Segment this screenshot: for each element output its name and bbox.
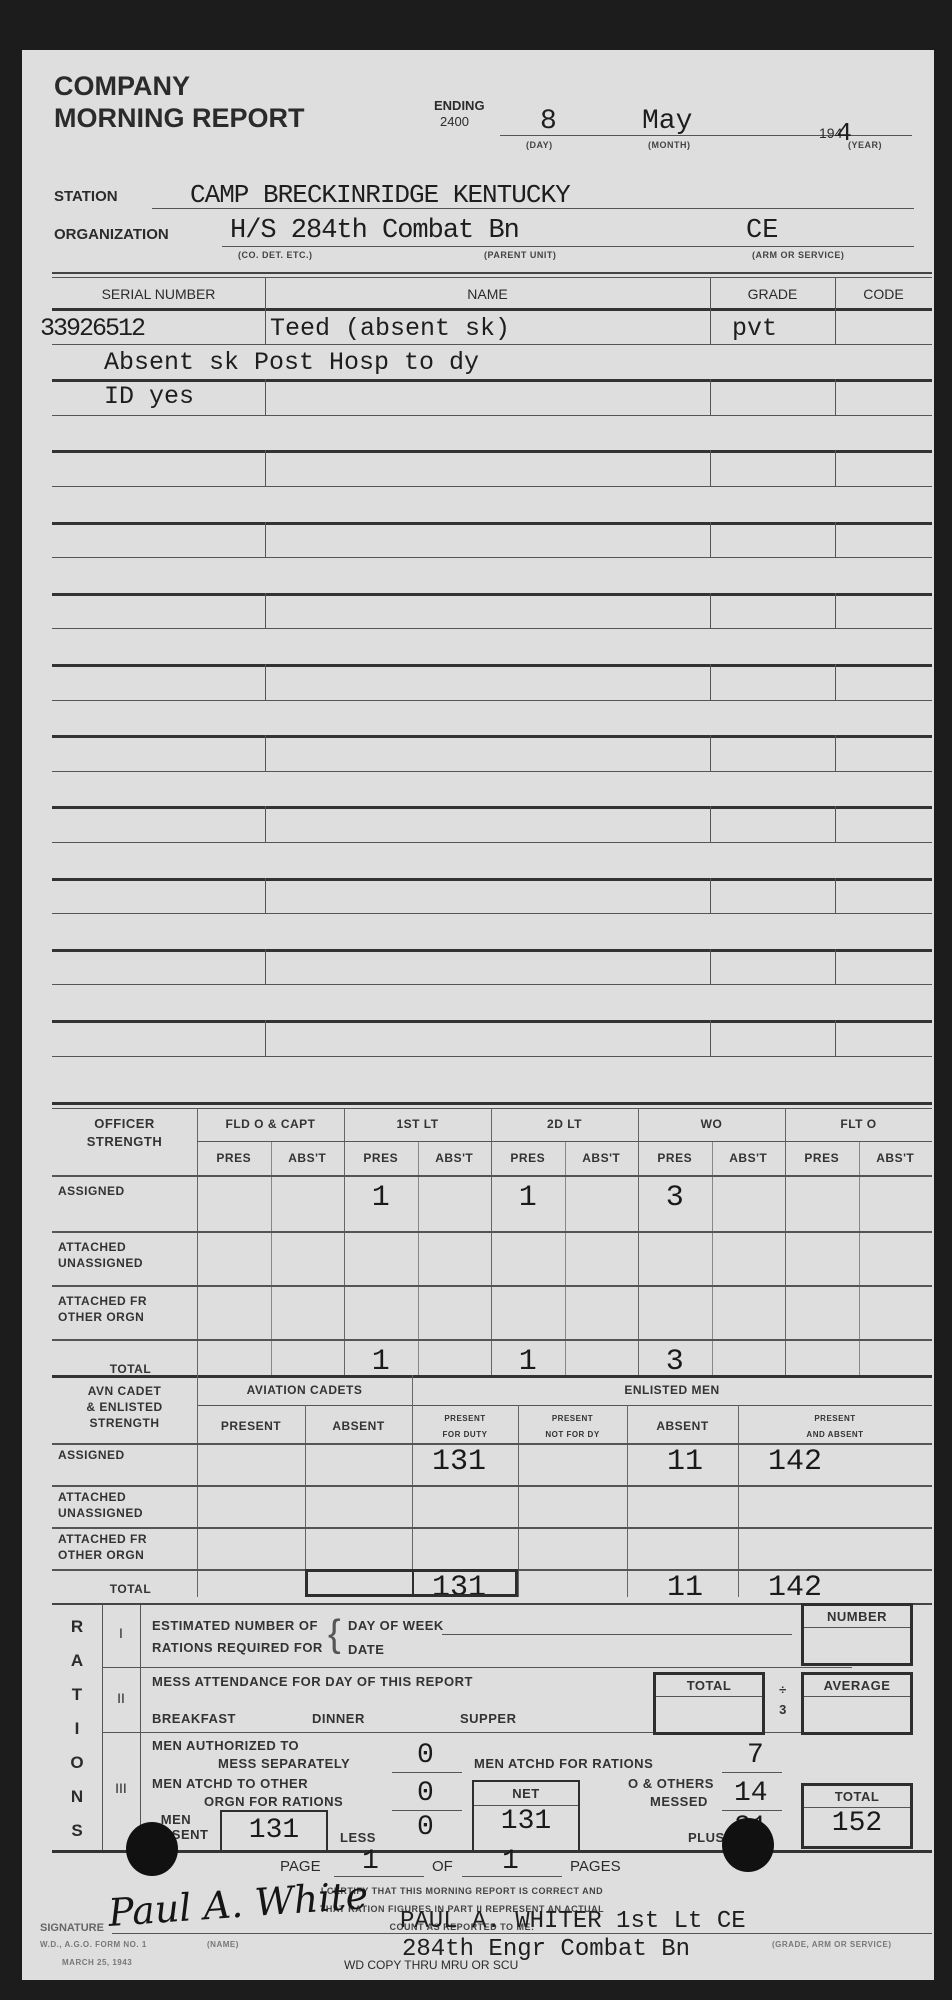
group-divider — [197, 1109, 198, 1375]
rations-letter: I — [52, 1712, 102, 1746]
atchd-other-underline — [392, 1810, 462, 1811]
breakfast-label: BREAKFAST — [152, 1711, 236, 1726]
header-name: NAME — [265, 286, 710, 302]
entry-grade: pvt — [732, 314, 777, 343]
enlisted-value: 11 — [667, 1571, 703, 1605]
ending-label: ENDING 2400 — [434, 98, 485, 130]
row-rule — [52, 949, 932, 952]
total-rations-box: TOTAL 152 — [801, 1783, 913, 1849]
officer-group-header: 1ST LT — [344, 1117, 491, 1131]
row-col-divider — [265, 379, 266, 415]
average-box: AVERAGE — [801, 1672, 913, 1735]
row-col-divider — [710, 1020, 711, 1056]
rations-top-rule — [52, 1603, 932, 1605]
atchd-other-value: 0 — [417, 1778, 434, 1809]
enlisted-strength-title: AVN CADET& ENLISTEDSTRENGTH — [52, 1383, 197, 1431]
name-label: (NAME) — [207, 1940, 239, 1949]
row-rule — [52, 806, 932, 809]
row-col-divider — [835, 949, 836, 985]
row-rule — [52, 735, 932, 738]
row-col-divider — [710, 308, 711, 344]
station-value: CAMP BRECKINRIDGE KENTUCKY — [190, 180, 570, 210]
brace: { — [328, 1614, 341, 1654]
number-box: NUMBER — [801, 1603, 913, 1666]
row-rule — [52, 984, 932, 985]
row-rule — [52, 1056, 932, 1057]
row-col-divider — [265, 1020, 266, 1056]
officer-value: 1 — [491, 1345, 565, 1379]
orgn-for-rations-label: ORGN FOR RATIONS — [204, 1794, 343, 1809]
officer-strength-table: OFFICERSTRENGTHFLD O & CAPTPRESABS'T1ST … — [52, 1109, 932, 1375]
officer-value: 3 — [638, 1181, 712, 1215]
men-authorized-label: MEN AUTHORIZED TO — [152, 1738, 299, 1753]
rule — [52, 1527, 932, 1529]
header-grade: GRADE — [710, 286, 835, 302]
header-code: CODE — [835, 286, 932, 302]
enlisted-value: 142 — [768, 1445, 822, 1479]
row-col-divider — [710, 379, 711, 415]
form-number: W.D., A.G.O. FORM NO. 1 — [40, 1940, 147, 1949]
organization-underline — [222, 246, 914, 247]
row-col-divider — [265, 735, 266, 771]
average-label: AVERAGE — [804, 1675, 910, 1697]
row-col-divider — [835, 450, 836, 486]
officer-sub-header: PRES — [638, 1151, 712, 1165]
row-rule — [52, 842, 932, 843]
enlisted-strength-table: AVN CADET& ENLISTEDSTRENGTHAVIATION CADE… — [52, 1375, 932, 1597]
less-value: 0 — [417, 1812, 434, 1843]
enlisted-col-header: PRESENTAND ABSENT — [738, 1411, 932, 1443]
month-value: May — [642, 106, 692, 137]
year-label: (YEAR) — [848, 140, 882, 150]
pages-value: 1 — [502, 1846, 519, 1877]
row-col-divider — [265, 308, 266, 344]
row-col-divider — [265, 949, 266, 985]
net-box: NET 131 — [472, 1780, 580, 1850]
entry-remark: ID yes — [104, 382, 194, 411]
enlisted-col-header: ABSENT — [305, 1419, 412, 1433]
mess-separately-label: MESS SEPARATELY — [218, 1756, 350, 1771]
part-3-number: III — [102, 1780, 140, 1796]
officer-value: 1 — [344, 1181, 418, 1215]
rations-letter: O — [52, 1746, 102, 1780]
title-line-1: COMPANY — [54, 70, 305, 102]
officer-group-header: FLD O & CAPT — [197, 1117, 344, 1131]
rations-bottom-rule — [52, 1850, 932, 1853]
officer-sub-header: PRES — [344, 1151, 418, 1165]
enlisted-value: 142 — [768, 1571, 822, 1605]
officer-sub-header: ABS'T — [271, 1151, 345, 1165]
row-rule — [52, 522, 932, 525]
row-rule — [52, 628, 932, 629]
of-label: OF — [432, 1858, 453, 1875]
officer-row-label: ATTACHED FR OTHER ORGN — [58, 1293, 193, 1325]
row-col-divider — [710, 806, 711, 842]
entry-remark: Absent sk Post Hosp to dy — [104, 348, 479, 377]
rule — [52, 1231, 932, 1233]
divide-sign: ÷ — [768, 1680, 798, 1700]
officer-sub-header: ABS'T — [712, 1151, 786, 1165]
date-label: DATE — [348, 1642, 384, 1657]
officer-sub-header: ABS'T — [565, 1151, 639, 1165]
officer-strength-title: OFFICERSTRENGTH — [52, 1115, 197, 1151]
mess-total-box: TOTAL — [653, 1672, 765, 1735]
parent-unit-label: (PARENT UNIT) — [484, 250, 556, 260]
month-label: (MONTH) — [648, 140, 691, 150]
officer-sub-header: PRES — [785, 1151, 859, 1165]
row-rule — [52, 450, 932, 453]
roster-top-rule-2 — [52, 277, 932, 278]
mess-total-label: TOTAL — [656, 1675, 762, 1697]
officer-group-header: WO — [638, 1117, 785, 1131]
officer-group-header: 2D LT — [491, 1117, 638, 1131]
punch-hole-left — [126, 1822, 178, 1876]
enlisted-col-header: PRESENT — [197, 1419, 305, 1433]
officer-group-header: FLT O — [785, 1117, 932, 1131]
atchd-underline — [722, 1772, 782, 1773]
enlisted-col-header: PRESENTNOT FOR DY — [518, 1411, 627, 1443]
row-rule — [52, 1020, 932, 1023]
row-col-divider — [835, 1020, 836, 1056]
row-col-divider — [265, 593, 266, 629]
estimated-label: ESTIMATED NUMBER OF — [152, 1618, 318, 1633]
men-present-value: 131 — [222, 1812, 326, 1850]
row-col-divider — [710, 593, 711, 629]
net-label: NET — [474, 1782, 578, 1806]
arm-value: CE — [746, 216, 778, 246]
rations-divider — [102, 1605, 103, 1850]
rations-side-label: RATIONS — [52, 1610, 102, 1848]
others-label: O & OTHERS — [628, 1776, 714, 1791]
row-col-divider — [835, 806, 836, 842]
row-col-divider — [265, 522, 266, 558]
total-rations-value: 152 — [804, 1808, 910, 1839]
row-rule — [52, 415, 932, 416]
auth-underline — [392, 1772, 462, 1773]
signer-name: PAUL A. WHITER 1st Lt CE — [400, 1908, 746, 1935]
others-underline — [722, 1810, 782, 1811]
row-col-divider — [710, 735, 711, 771]
entry-name: Teed (absent sk) — [270, 314, 510, 343]
officer-row-label: ASSIGNED — [58, 1183, 193, 1199]
row-col-divider — [835, 379, 836, 415]
row-col-divider — [835, 735, 836, 771]
day-label: (DAY) — [526, 140, 553, 150]
row-col-divider — [835, 522, 836, 558]
row-col-divider — [710, 522, 711, 558]
station-label: STATION — [54, 188, 118, 205]
punch-hole-right — [722, 1818, 774, 1872]
enlisted-row-label: TOTAL — [58, 1581, 203, 1597]
organization-value: H/S 284th Combat Bn — [230, 216, 519, 246]
number-label: NUMBER — [804, 1606, 910, 1628]
header-serial-number: SERIAL NUMBER — [52, 286, 265, 302]
enlisted-col-header: PRESENTFOR DUTY — [412, 1411, 518, 1443]
officer-sub-header: ABS'T — [418, 1151, 492, 1165]
ending-text: ENDING — [434, 98, 485, 114]
others-messed-value: 14 — [734, 1778, 768, 1809]
rations-letter: N — [52, 1780, 102, 1814]
box-divider — [412, 1569, 414, 1597]
row-rule — [52, 486, 932, 487]
row-rule — [52, 664, 932, 667]
rations-letter: A — [52, 1644, 102, 1678]
officer-value: 3 — [638, 1345, 712, 1379]
form-date: MARCH 25, 1943 — [62, 1958, 132, 1967]
row-rule — [52, 557, 932, 558]
net-value: 131 — [474, 1806, 578, 1837]
plus-label: PLUS — [688, 1830, 725, 1845]
co-det-label: (CO. DET. ETC.) — [238, 250, 313, 260]
rations-letter: S — [52, 1814, 102, 1848]
mess-separately-value: 0 — [417, 1740, 434, 1771]
row-col-divider — [835, 308, 836, 344]
total-rations-label: TOTAL — [804, 1786, 910, 1808]
day-of-week-label: DAY OF WEEK — [348, 1618, 444, 1633]
atchd-for-rations-label: MEN ATCHD FOR RATIONS — [474, 1756, 653, 1771]
rule — [52, 1285, 932, 1287]
signature-label: SIGNATURE — [40, 1922, 104, 1934]
enlisted-value: 11 — [667, 1445, 703, 1479]
men-present-box: 131 — [220, 1810, 328, 1850]
rule — [52, 1339, 932, 1341]
officer-top-rule — [52, 1102, 932, 1105]
messed-label: MESSED — [650, 1794, 708, 1809]
row-col-divider — [835, 878, 836, 914]
row-col-divider — [265, 878, 266, 914]
rule — [197, 1141, 932, 1142]
wd-copy-label: WD COPY THRU MRU OR SCU — [344, 1958, 518, 1972]
row-rule — [52, 878, 932, 881]
atchd-for-rations-value: 7 — [747, 1740, 764, 1771]
row-rule — [52, 913, 932, 914]
enlisted-col-header: ABSENT — [627, 1419, 738, 1433]
row-col-divider — [835, 664, 836, 700]
officer-sub-header: PRES — [197, 1151, 271, 1165]
rule — [52, 1175, 932, 1177]
officer-sub-header: ABS'T — [859, 1151, 933, 1165]
part-2-number: II — [102, 1690, 140, 1706]
row-col-divider — [710, 450, 711, 486]
mess-attendance-label: MESS ATTENDANCE FOR DAY OF THIS REPORT — [152, 1674, 473, 1689]
row-col-divider — [265, 664, 266, 700]
rule — [52, 1485, 932, 1487]
row-rule — [52, 344, 932, 345]
ending-time: 2400 — [434, 114, 485, 130]
part-1-number: I — [102, 1625, 140, 1641]
roster-top-rule — [52, 272, 932, 274]
officer-value: 1 — [344, 1345, 418, 1379]
aviation-cadets-header: AVIATION CADETS — [197, 1383, 412, 1397]
rations-letter: T — [52, 1678, 102, 1712]
row-col-divider — [265, 450, 266, 486]
organization-label: ORGANIZATION — [54, 226, 169, 243]
less-label: LESS — [340, 1830, 376, 1845]
day-value: 8 — [540, 106, 557, 137]
group-divider — [344, 1109, 345, 1375]
group-divider — [638, 1109, 639, 1375]
enlisted-row-label: ATTACHED FR OTHER ORGN — [58, 1531, 193, 1563]
row-col-divider — [710, 949, 711, 985]
officer-sub-header: PRES — [491, 1151, 565, 1165]
form-title: COMPANY MORNING REPORT — [54, 70, 305, 134]
row-col-divider — [710, 878, 711, 914]
entry-serial: 33926512 — [40, 314, 144, 343]
row-col-divider — [835, 593, 836, 629]
divide-by-three: ÷ 3 — [768, 1680, 798, 1720]
dinner-label: DINNER — [312, 1711, 365, 1726]
enlisted-row-label: ATTACHED UNASSIGNED — [58, 1489, 193, 1521]
row-col-divider — [265, 806, 266, 842]
rule — [197, 1405, 932, 1406]
roster-header-rule — [52, 308, 932, 311]
enlisted-value: 131 — [432, 1445, 486, 1479]
grade-arm-label: (GRADE, ARM OR SERVICE) — [772, 1940, 892, 1949]
pages-label: PAGES — [570, 1858, 621, 1875]
officer-row-label: ATTACHED UNASSIGNED — [58, 1239, 193, 1271]
three: 3 — [768, 1700, 798, 1720]
rations-part-rule — [102, 1667, 852, 1668]
title-line-2: MORNING REPORT — [54, 102, 305, 134]
morning-report-form: COMPANY MORNING REPORT ENDING 2400 8 (DA… — [22, 50, 934, 1980]
day-of-week-field[interactable] — [442, 1634, 792, 1635]
supper-label: SUPPER — [460, 1711, 516, 1726]
group-divider — [491, 1109, 492, 1375]
row-col-divider — [710, 664, 711, 700]
arm-label: (ARM OR SERVICE) — [752, 250, 844, 260]
rations-letter: R — [52, 1610, 102, 1644]
enlisted-row-label: ASSIGNED — [58, 1447, 193, 1463]
enlisted-men-header: ENLISTED MEN — [412, 1383, 932, 1397]
officer-value: 1 — [491, 1181, 565, 1215]
atchd-other-label: MEN ATCHD TO OTHER — [152, 1776, 308, 1791]
page-label: PAGE — [280, 1858, 321, 1875]
row-rule — [52, 593, 932, 596]
row-rule — [52, 771, 932, 772]
rations-required-label: RATIONS REQUIRED FOR — [152, 1640, 323, 1655]
group-divider — [785, 1109, 786, 1375]
row-rule — [52, 700, 932, 701]
